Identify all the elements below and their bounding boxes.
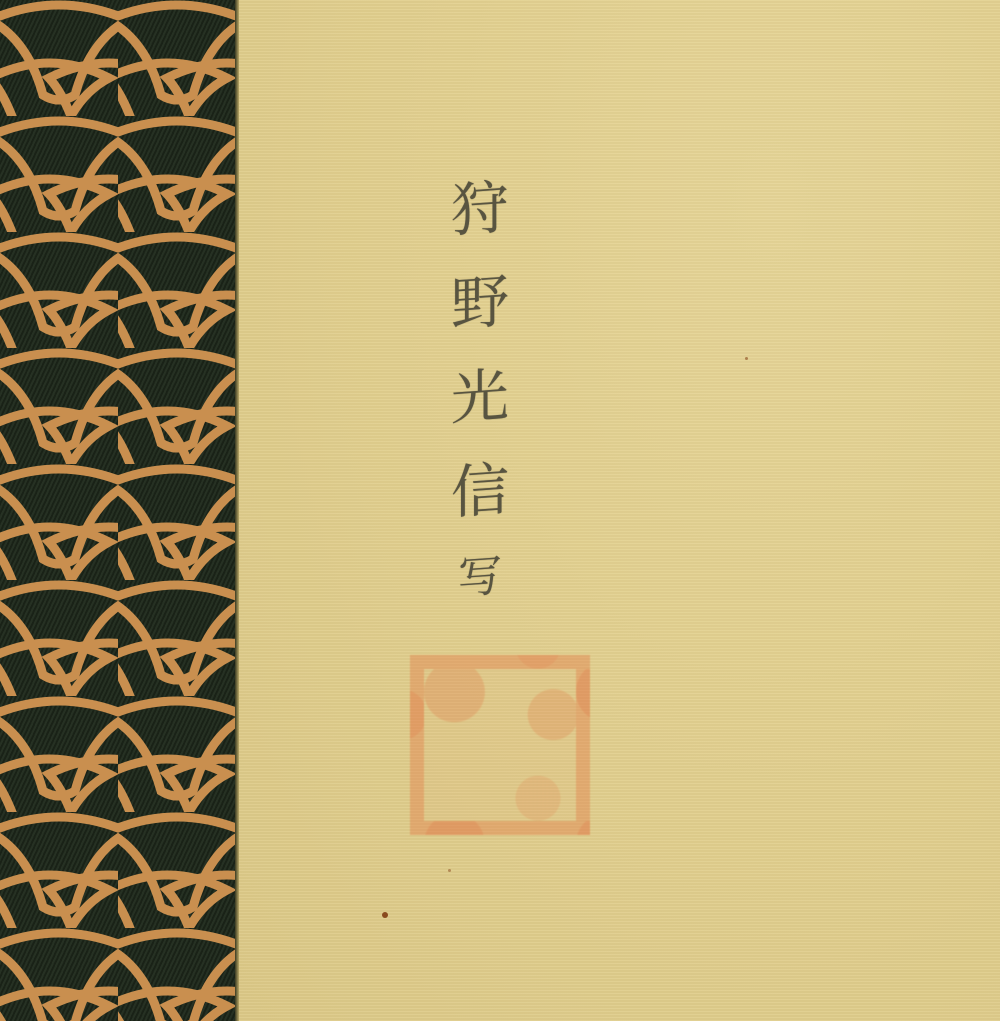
signature-char: 狩 [451, 178, 509, 276]
signature-char: 光 [451, 366, 509, 464]
stain-spot [745, 357, 748, 360]
stain-spot [382, 912, 388, 918]
stain-spot [448, 869, 451, 872]
signature-char: 写 [458, 554, 502, 651]
brocade-border [0, 0, 237, 1021]
silk-panel [239, 0, 1000, 1021]
artist-signature: 狩 野 光 信 写 [440, 180, 520, 650]
signature-char: 野 [451, 272, 509, 370]
red-seal [410, 655, 590, 835]
brocade-pattern [0, 0, 237, 1021]
signature-char: 信 [451, 460, 509, 558]
